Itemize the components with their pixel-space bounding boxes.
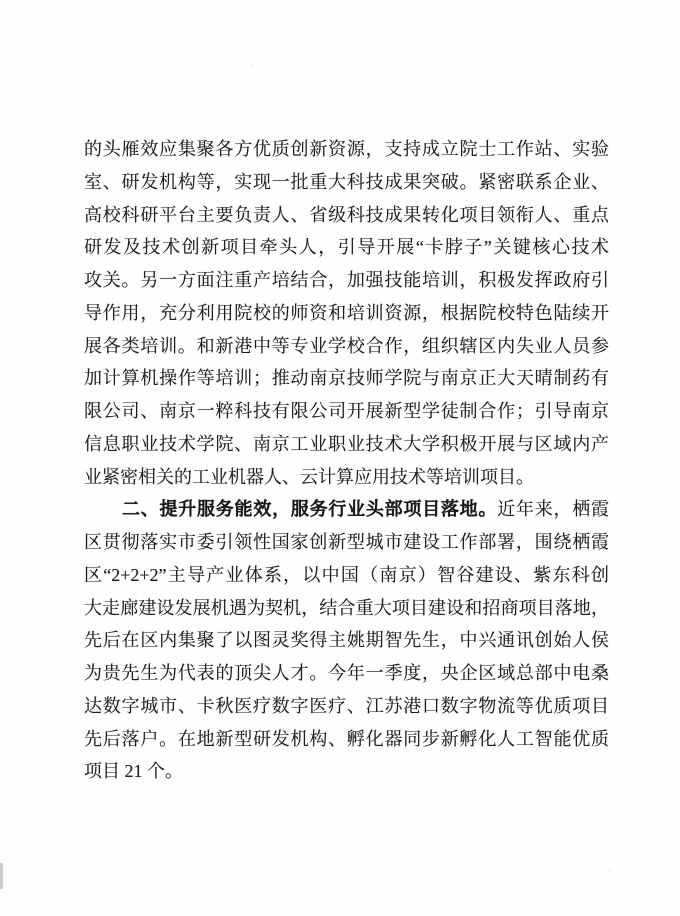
text-line: 达数字城市、卡秋医疗数字医疗、江苏港口数字物流等优质项目 bbox=[84, 690, 609, 723]
text-line: 先后落户。在地新型研发机构、孵化器同步新孵化人工智能优质 bbox=[84, 723, 609, 756]
text-line: 室、研发机构等，实现一批重大科技成果突破。紧密联系企业、 bbox=[84, 166, 609, 199]
text-line: 攻关。另一方面注重产培结合，加强技能培训，积极发挥政府引 bbox=[84, 264, 609, 297]
document-text-block: 的头雁效应集聚各方优质创新资源，支持成立院士工作站、实验 室、研发机构等，实现一… bbox=[84, 133, 609, 788]
section-heading-bold: 二、提升服务能效，服务行业头部项目落地。 bbox=[122, 499, 497, 519]
section-heading-rest: 近年来，栖霞 bbox=[497, 499, 609, 519]
text-line: 大走廊建设发展机遇为契机，结合重大项目建设和招商项目落地， bbox=[84, 592, 609, 625]
text-line: 信息职业技术学院、南京工业职业技术大学积极开展与区域内产 bbox=[84, 428, 609, 461]
text-line: 限公司、南京一粹科技有限公司开展新型学徒制合作；引导南京 bbox=[84, 395, 609, 428]
section-heading-line: 二、提升服务能效，服务行业头部项目落地。近年来，栖霞 bbox=[84, 493, 609, 526]
scan-edge-artifact bbox=[0, 863, 3, 889]
text-line: 项目 21 个。 bbox=[84, 755, 609, 788]
text-line: 高校科研平台主要负责人、省级科技成果转化项目领衔人、重点 bbox=[84, 199, 609, 232]
text-line: 业紧密相关的工业机器人、云计算应用技术等培训项目。 bbox=[84, 461, 609, 494]
text-line: 研发及技术创新项目牵头人，引导开展“卡脖子”关键核心技术 bbox=[84, 231, 609, 264]
text-line: 为贵先生为代表的顶尖人才。今年一季度，央企区域总部中电桑 bbox=[84, 657, 609, 690]
scanned-document-page: 的头雁效应集聚各方优质创新资源，支持成立院士工作站、实验 室、研发机构等，实现一… bbox=[0, 0, 680, 916]
text-line: 区“2+2+2”主导产业体系，以中国（南京）智谷建设、紫东科创 bbox=[84, 559, 609, 592]
text-line: 导作用，充分利用院校的师资和培训资源，根据院校特色陆续开 bbox=[84, 297, 609, 330]
text-line: 区贯彻落实市委引领性国家创新型城市建设工作部署，围绕栖霞 bbox=[84, 526, 609, 559]
text-line: 加计算机操作等培训；推动南京技师学院与南京正大天晴制药有 bbox=[84, 362, 609, 395]
text-line: 的头雁效应集聚各方优质创新资源，支持成立院士工作站、实验 bbox=[84, 133, 609, 166]
text-line: 先后在区内集聚了以图灵奖得主姚期智先生，中兴通讯创始人侯 bbox=[84, 624, 609, 657]
text-line: 展各类培训。和新港中等专业学校合作，组织辖区内失业人员参 bbox=[84, 330, 609, 363]
